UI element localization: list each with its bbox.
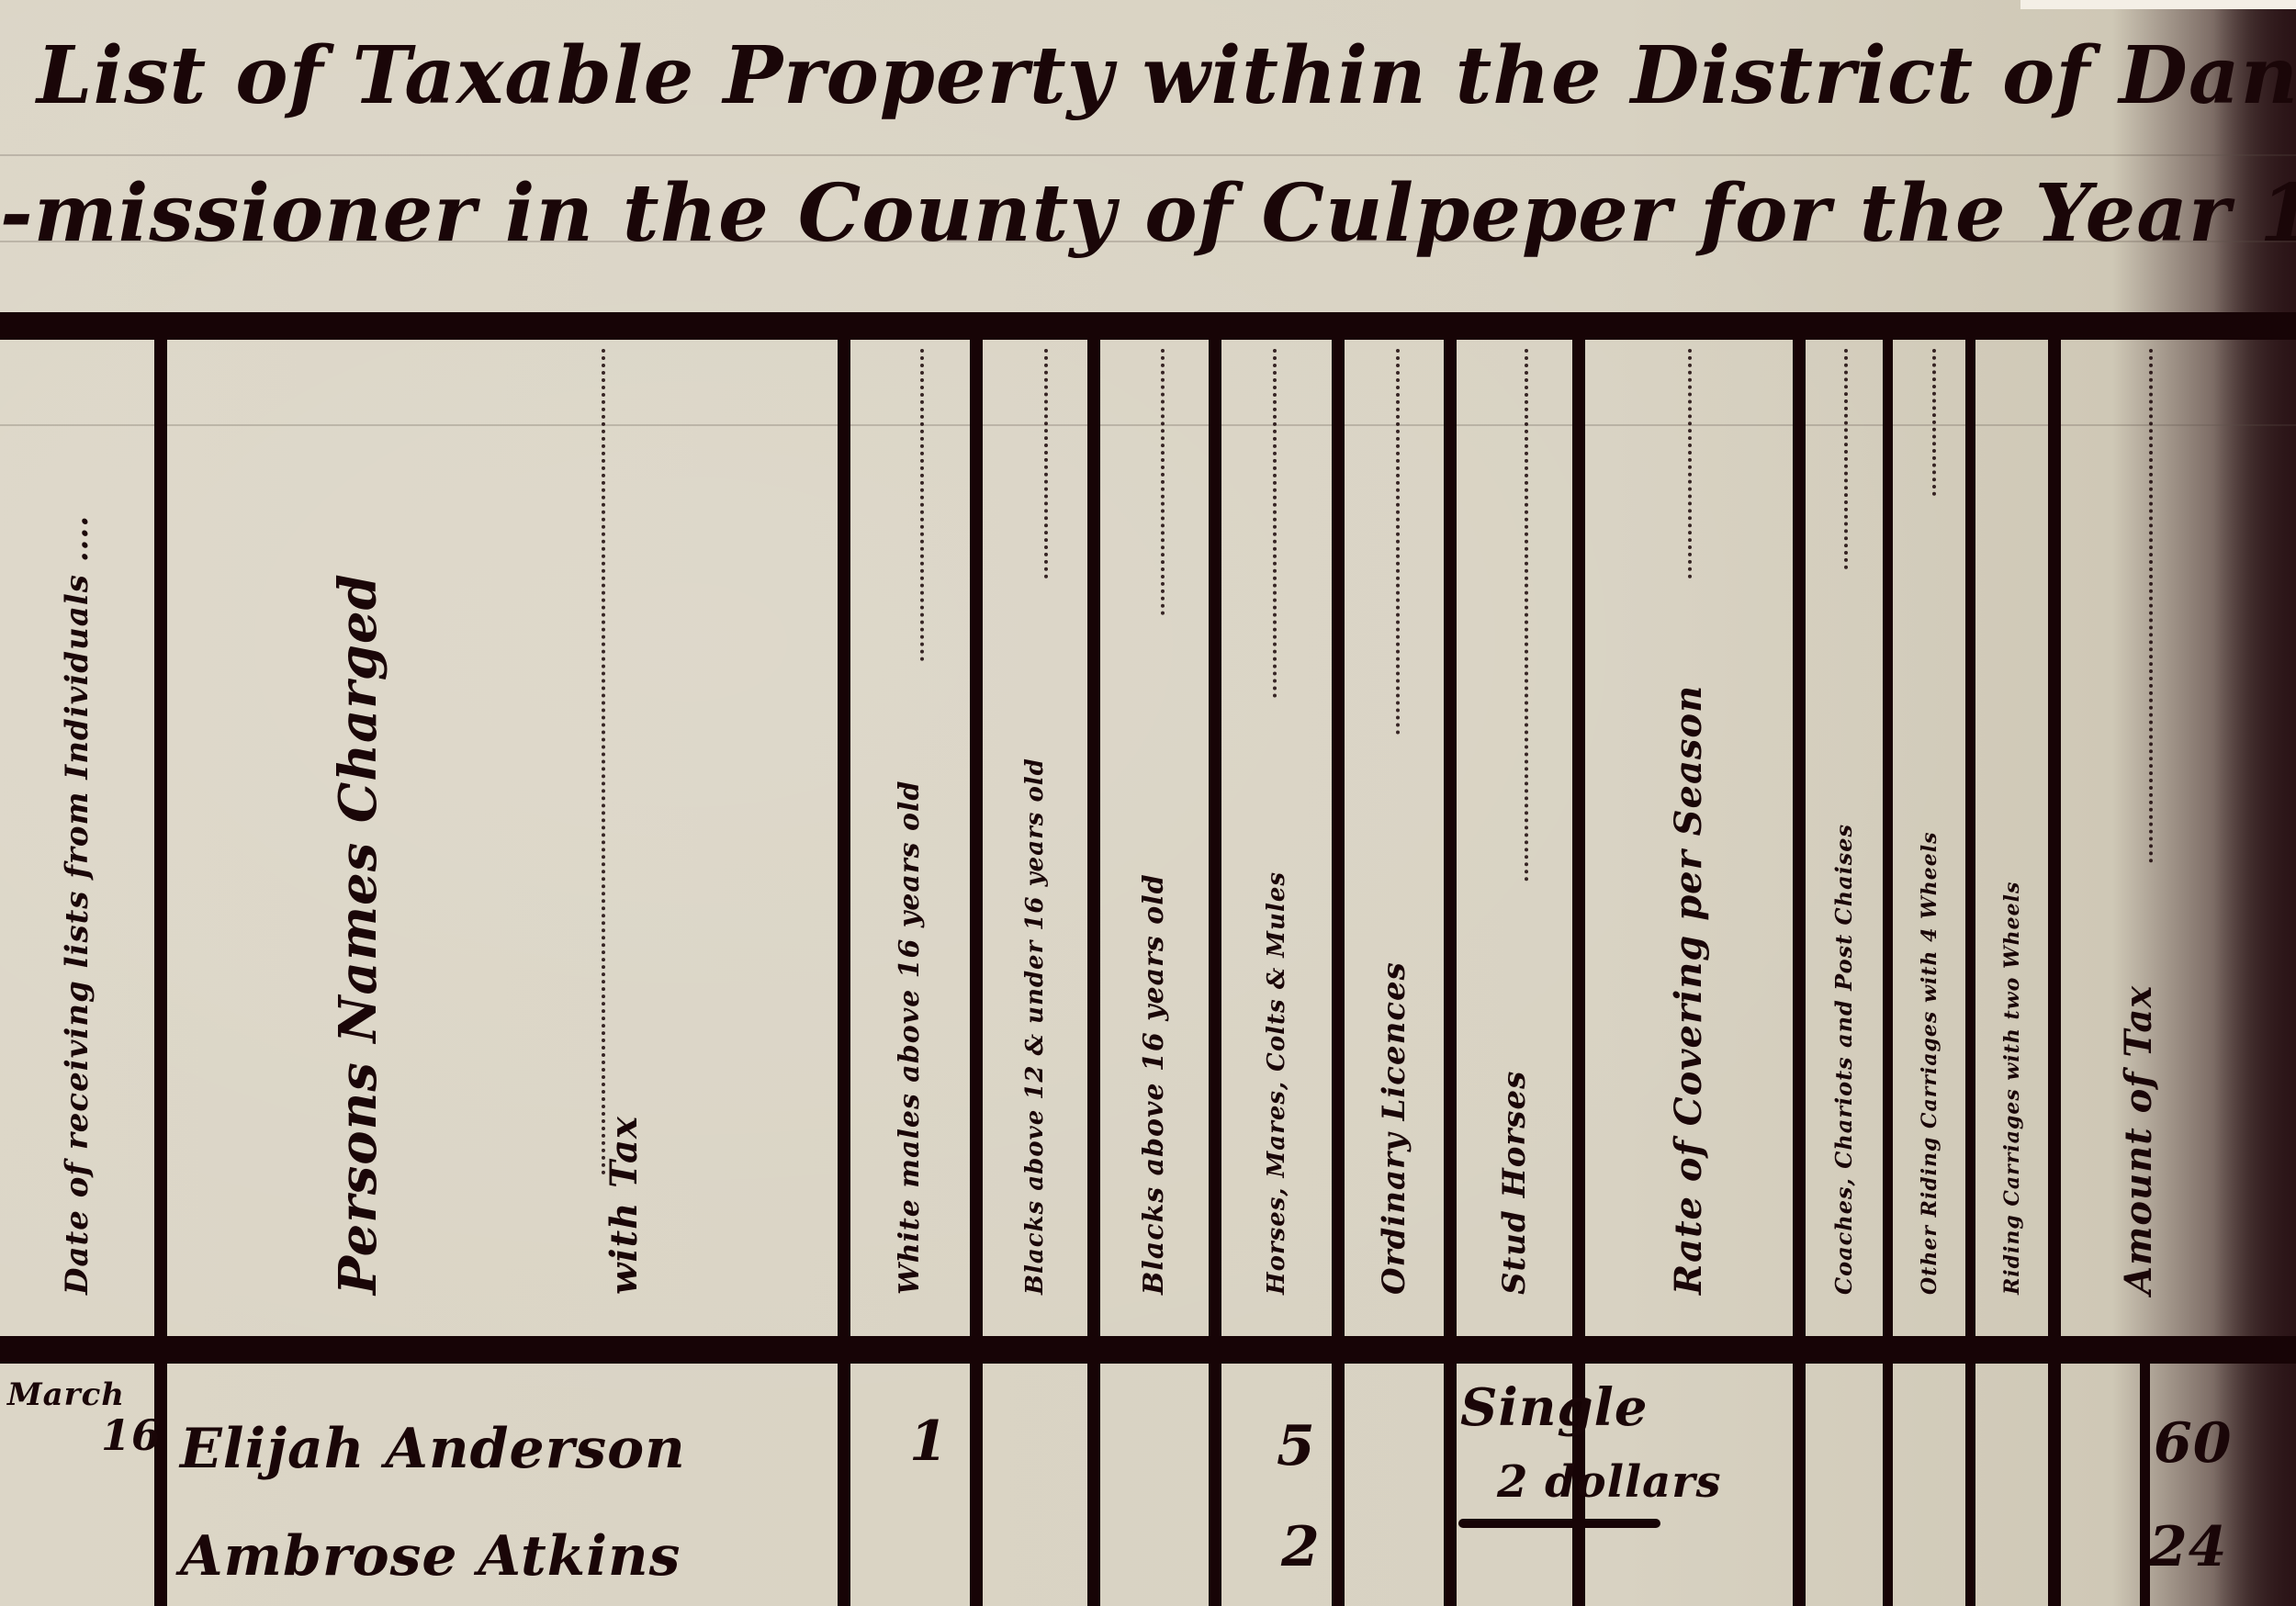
column-divider <box>1332 340 1345 1606</box>
column-divider <box>1087 340 1100 1606</box>
header-filler-dashes <box>1844 349 1863 569</box>
column-header-name: Persons Names Charged <box>266 340 450 1331</box>
column-divider <box>1444 340 1457 1606</box>
header-top-rule <box>0 312 2296 340</box>
column-header-name-cont: with Tax <box>551 340 698 1331</box>
column-header-label: White males above 16 years old <box>896 781 924 1295</box>
stud-note-underline <box>1458 1519 1660 1528</box>
column-header-label: Riding Carriages with two Wheels <box>2002 882 2022 1295</box>
column-divider <box>838 340 850 1606</box>
row-1-amount: 60 <box>2154 1416 2233 1471</box>
header-filler-dashes <box>1396 349 1414 735</box>
column-header-label: Persons Names Charged <box>332 573 384 1295</box>
row-1-white-males: 1 <box>909 1414 949 1469</box>
header-filler-dashes <box>1688 349 1706 578</box>
row-2-horses: 2 <box>1281 1520 1321 1575</box>
column-header-riding-4-wheels: Other Riding Carriages with 4 Wheels <box>1893 340 1965 1331</box>
column-header-label: Amount of Tax <box>2121 985 2157 1295</box>
column-header-amount: Amount of Tax <box>2061 340 2217 1331</box>
column-header-label: Ordinary Licences <box>1379 961 1410 1295</box>
ruled-line <box>0 154 2296 156</box>
column-header-blacks-12-16: Blacks above 12 & under 16 years old <box>983 340 1087 1331</box>
column-divider <box>1965 340 1975 1606</box>
row-1-horses: 5 <box>1277 1419 1316 1474</box>
header-filler-dashes <box>1525 349 1543 882</box>
row-1-stud-note-amount: 2 dollars <box>1497 1460 1722 1504</box>
column-header-ordinary-licences: Ordinary Licences <box>1345 340 1444 1331</box>
column-header-white-males: White males above 16 years old <box>850 340 970 1331</box>
header-filler-dashes <box>920 349 939 661</box>
column-header-label: Date of receiving lists from Individuals… <box>62 515 93 1295</box>
column-divider <box>970 340 983 1606</box>
column-header-stud-horses: Stud Horses <box>1457 340 1572 1331</box>
column-header-label: Other Riding Carriages with 4 Wheels <box>1919 832 1940 1296</box>
column-header-label: Blacks above 12 & under 16 years old <box>1023 758 1047 1295</box>
column-divider <box>2048 340 2061 1606</box>
header-filler-dashes <box>602 349 620 1175</box>
column-header-label: Stud Horses <box>1499 1071 1530 1295</box>
column-header-blacks-16: Blacks above 16 years old <box>1100 340 1209 1331</box>
header-filler-dashes <box>1932 349 1951 496</box>
row-1-person-name: Elijah Anderson <box>180 1421 686 1477</box>
row-1-date-day: 16 <box>101 1414 162 1456</box>
document-title-line-2: -missioner in the County of Culpeper for… <box>0 174 2296 253</box>
column-header-riding-2-wheels: Riding Carriages with two Wheels <box>1975 340 2048 1331</box>
scan-border <box>2020 0 2296 9</box>
row-2-person-name: Ambrose Atkins <box>180 1529 681 1584</box>
column-header-label: Horses, Mares, Colts & Mules <box>1265 871 1289 1295</box>
header-bottom-rule <box>0 1336 2296 1364</box>
column-divider <box>1793 340 1806 1606</box>
document-title-line-1: List of Taxable Property within the Dist… <box>37 37 2296 116</box>
column-header-date: Date of receiving lists from Individuals… <box>0 340 154 1331</box>
row-1-date-month: March <box>7 1379 125 1410</box>
column-divider <box>1209 340 1221 1606</box>
header-filler-dashes <box>1161 349 1179 615</box>
column-divider <box>1883 340 1893 1606</box>
row-1-stud-note-single: Single <box>1460 1382 1649 1433</box>
column-header-label: Coaches, Chariots and Post Chaises <box>1833 824 1855 1295</box>
title-line-2-text: -missioner in the County of Culpeper for… <box>0 167 2296 260</box>
header-filler-dashes <box>2149 349 2167 863</box>
row-2-amount: 24 <box>2149 1520 2228 1575</box>
column-header-label: Rate of Covering per Season <box>1671 685 1707 1295</box>
column-header-label: Blacks above 16 years old <box>1141 873 1168 1295</box>
header-filler-dashes <box>1044 349 1063 578</box>
header-filler-dashes <box>1273 349 1291 698</box>
